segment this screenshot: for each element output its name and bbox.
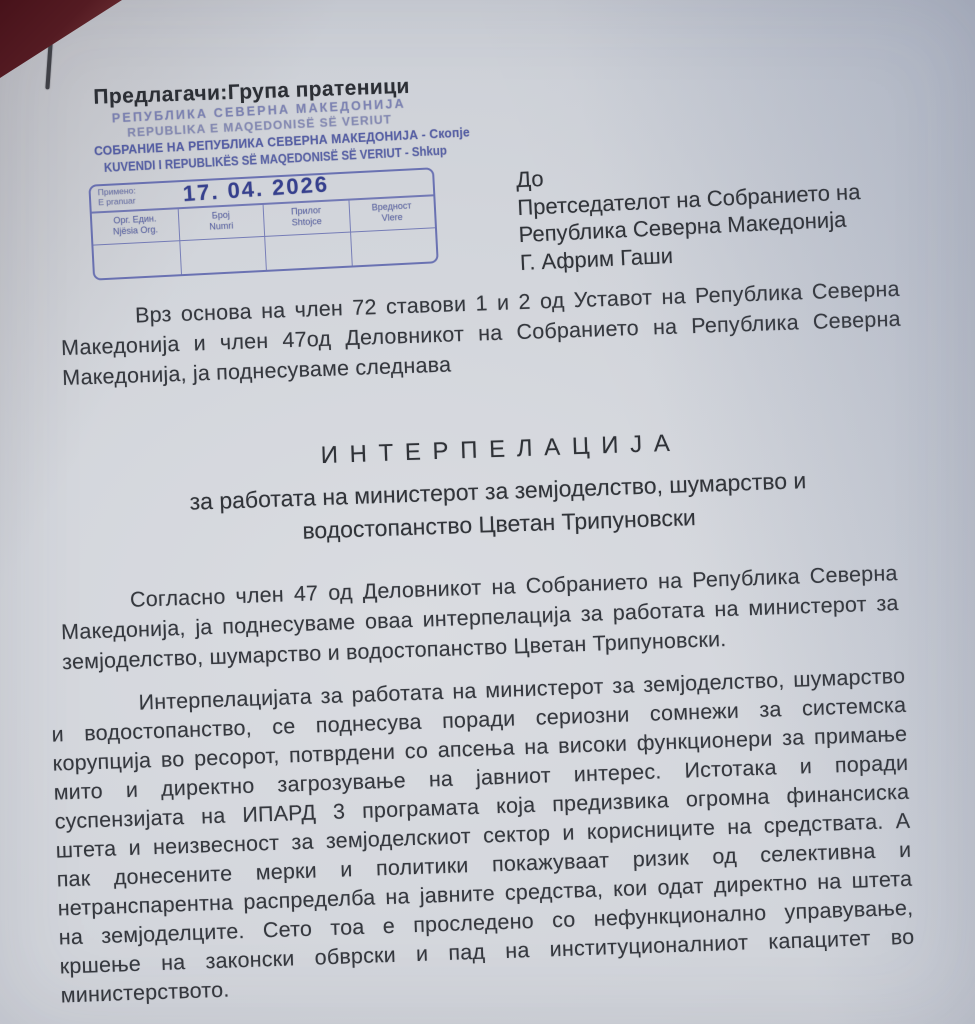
stamp-column-header: ПрилогShtojce [263,201,350,236]
receipt-stamp: РЕПУБЛИКА СЕВЕРНА МАКЕДОНИЈА REPUBLIKA E… [80,95,446,281]
addressee-block: ДоПретседателот на Собранието наРепублик… [515,150,863,276]
stamp-empty-cell [179,237,266,274]
stamp-empty-cell [350,228,437,265]
document-photo: Предлагачи:Група пратеници РЕПУБЛИКА СЕВ… [0,0,975,1024]
stamp-table: Примено: E pranuar 17. 04. 2026 Орг. Еди… [88,167,438,280]
paragraph-reasons: Интерпелацијата за работата на министеро… [50,662,916,1011]
intro-paragraph: Врз основа на член 72 ставови 1 и 2 од У… [60,274,903,393]
stamp-empty-cell [264,233,351,270]
stamp-empty-cell [93,241,180,278]
stamp-column-header: ВредностVlere [348,196,435,231]
page-content: Предлагачи:Група пратеници РЕПУБЛИКА СЕВ… [0,0,975,1023]
paragraph-basis: Согласно член 47 од Деловникот на Собран… [60,558,901,677]
stamp-column-header: БројNumri [177,205,264,240]
stamp-date: 17. 04. 2026 [182,171,330,207]
stamp-column-header: Орг. Един.Njësia Org. [92,209,179,244]
